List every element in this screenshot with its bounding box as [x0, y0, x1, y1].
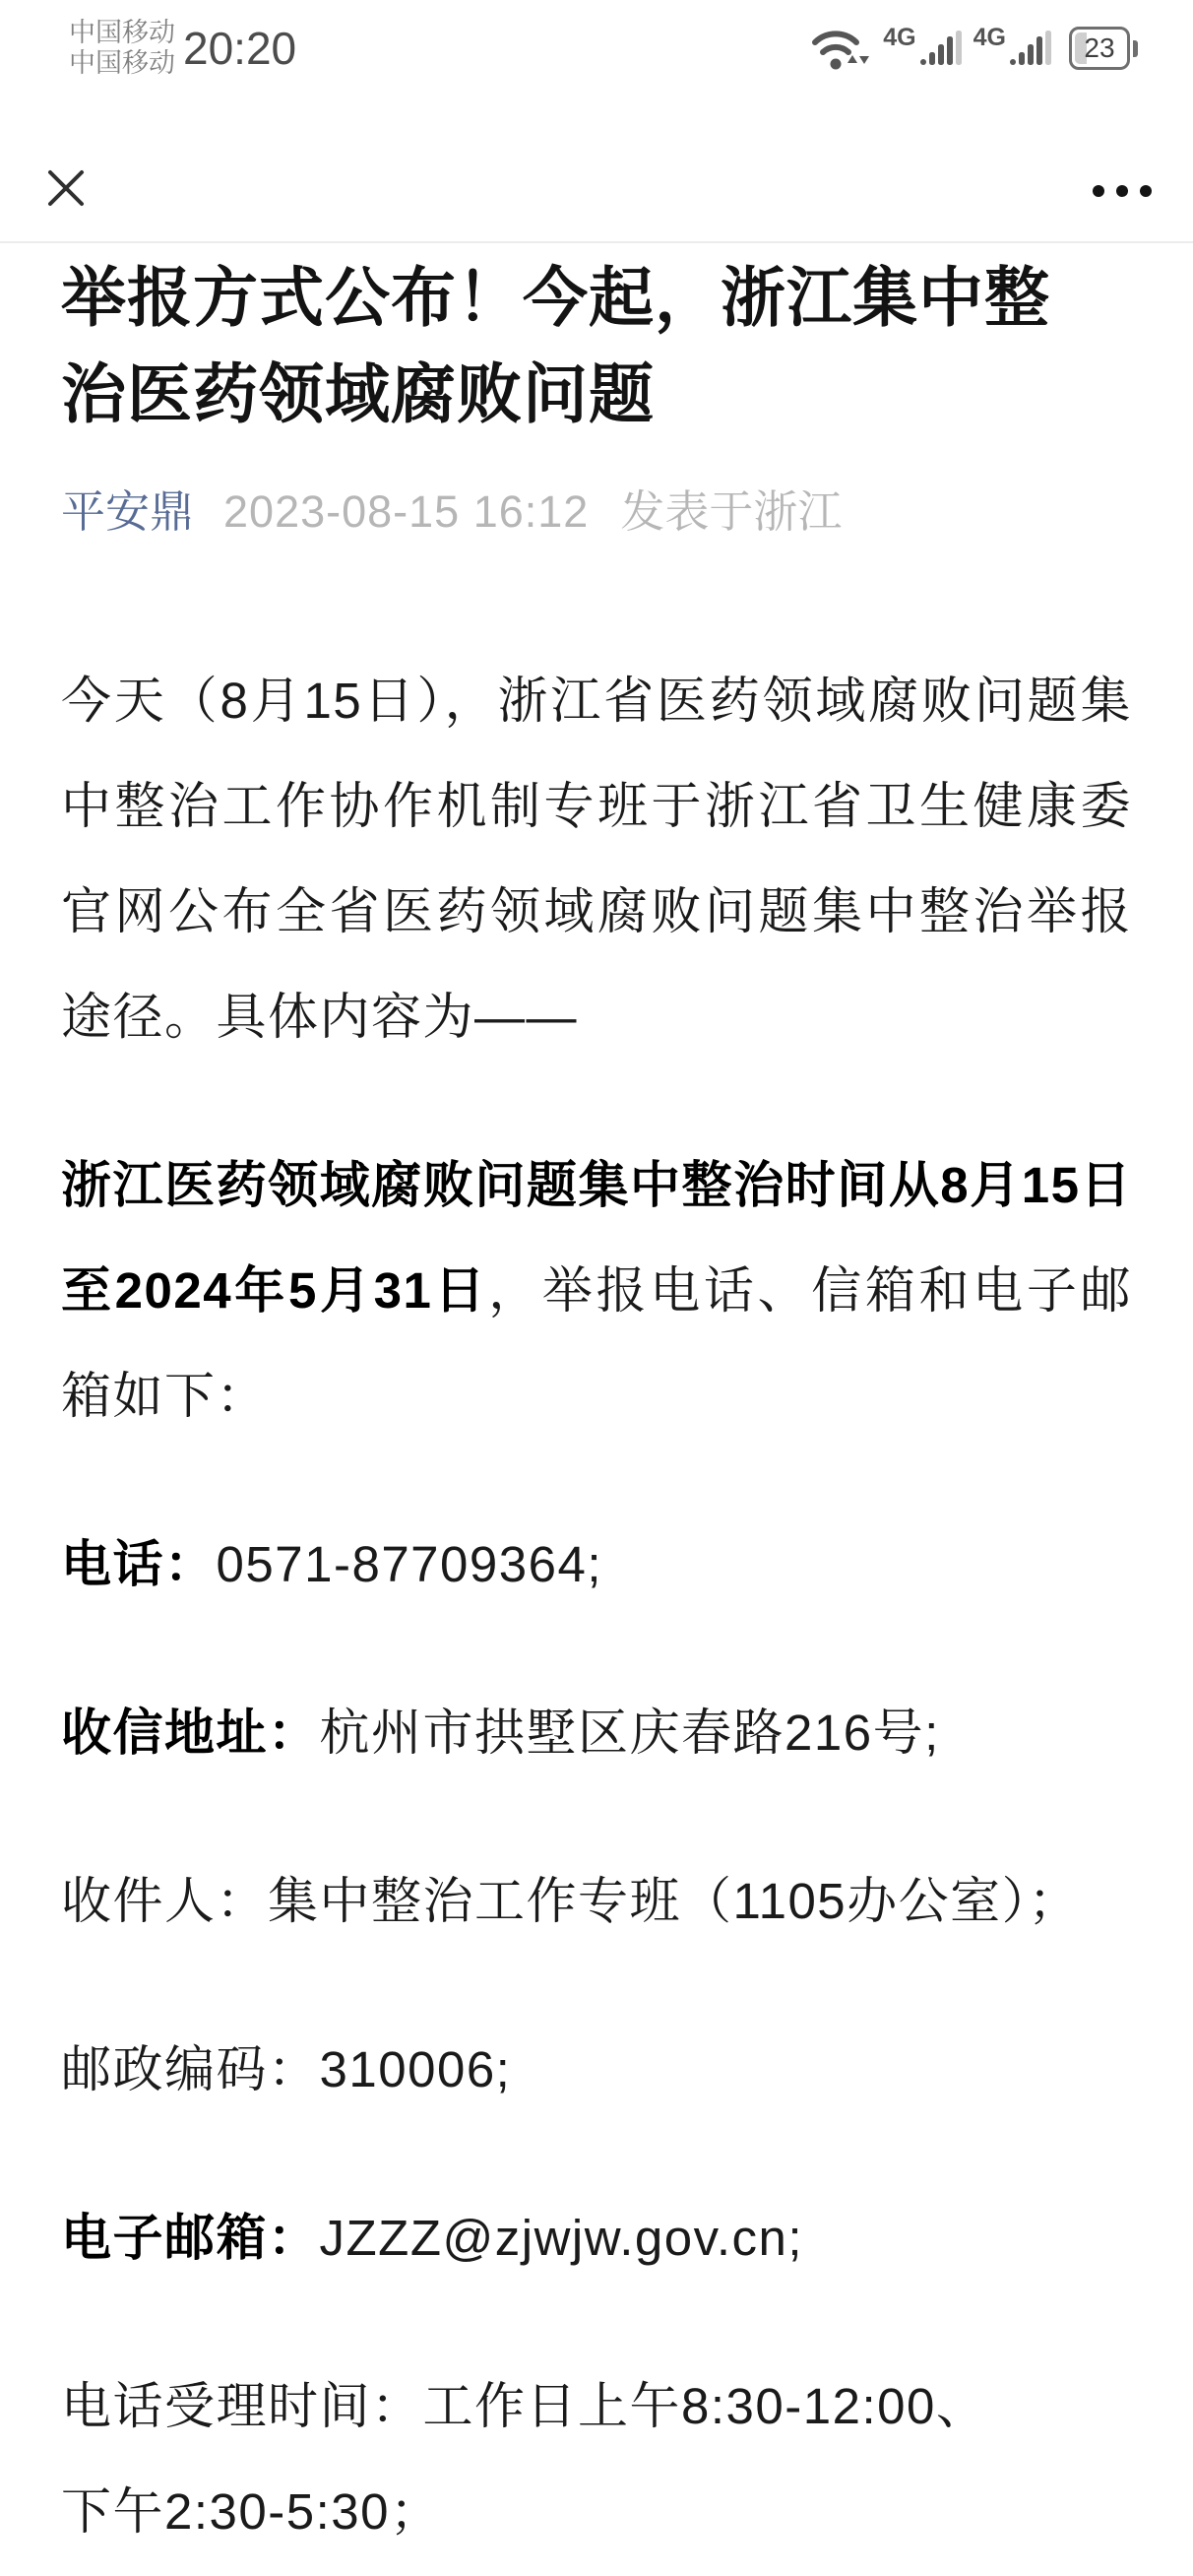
battery-percent-label: 23 [1084, 32, 1114, 64]
paragraph-phone: 电话：0571-87709364; [61, 1512, 1132, 1617]
paragraph-postal-code: 邮政编码：310006; [61, 2017, 1132, 2122]
publish-location: 发表于浙江 [620, 476, 842, 540]
clock: 20:20 [183, 22, 296, 75]
sim2-network: 4G [973, 31, 1051, 66]
paragraph-intro: 今天（8月15日），浙江省医药领域腐败问题集中整治工作协作机制专班于浙江省卫生健… [61, 648, 1132, 1069]
network-type-label: 4G [973, 24, 1006, 52]
paragraph-mail-address: 收信地址：杭州市拱墅区庆春路216号; [61, 1680, 1132, 1785]
author-link[interactable]: 平安鼎 [61, 476, 194, 540]
network-type-label: 4G [883, 24, 915, 52]
ellipsis-icon [1140, 185, 1152, 197]
status-bar: 中国移动 中国移动 20:20 4G [0, 0, 1193, 91]
wifi-icon [810, 26, 871, 71]
article-paragraphs: 今天（8月15日），浙江省医药领域腐败问题集中整治工作协作机制专班于浙江省卫生健… [61, 648, 1132, 2564]
battery-tip [1133, 40, 1138, 57]
signal-bars-icon [1010, 31, 1051, 66]
paragraph-timeframe: 浙江医药领域腐败问题集中整治时间从8月15日至2024年5月31日，举报电话、信… [61, 1132, 1132, 1449]
paragraph-recipient: 收件人：集中整治工作专班（1105办公室）； [61, 1848, 1132, 1954]
paragraph-email: 电子邮箱：JZZZ@zjwjw.gov.cn; [61, 2185, 1132, 2290]
close-x-icon [43, 165, 89, 211]
carrier-line-1: 中国移动 [69, 18, 175, 48]
sim1-network: 4G [883, 31, 961, 66]
phone-screen: 中国移动 中国移动 20:20 4G [0, 0, 1193, 2576]
publish-time: 2023-08-15 16:12 [223, 486, 589, 538]
wifi-activity-arrows-icon [848, 55, 869, 64]
title-line-2: 治医药领域腐败问题 [61, 346, 1132, 442]
ellipsis-icon [1093, 185, 1104, 197]
article-nav-bar [0, 91, 1193, 243]
title-line-1: 举报方式公布！今起，浙江集中整 [61, 249, 1132, 346]
signal-bars-icon [920, 31, 962, 66]
battery-icon: 23 [1069, 27, 1130, 70]
ellipsis-icon [1116, 185, 1128, 197]
paragraph-phone-hours: 电话受理时间：工作日上午8:30-12:00、下午2:30-5:30； [61, 2353, 1132, 2564]
close-button[interactable] [43, 165, 89, 211]
article-title: 举报方式公布！今起，浙江集中整 治医药领域腐败问题 [61, 249, 1132, 442]
carrier-line-2: 中国移动 [69, 48, 175, 79]
status-right-cluster: 4G 4G [810, 26, 1138, 71]
more-menu-button[interactable] [1093, 185, 1152, 197]
carrier-label: 中国移动 中国移动 [69, 18, 175, 79]
article-body: 举报方式公布！今起，浙江集中整 治医药领域腐败问题 平安鼎 2023-08-15… [0, 249, 1193, 2564]
article-meta: 平安鼎 2023-08-15 16:12 发表于浙江 [61, 476, 1132, 540]
status-left-cluster: 中国移动 中国移动 20:20 [69, 18, 296, 79]
